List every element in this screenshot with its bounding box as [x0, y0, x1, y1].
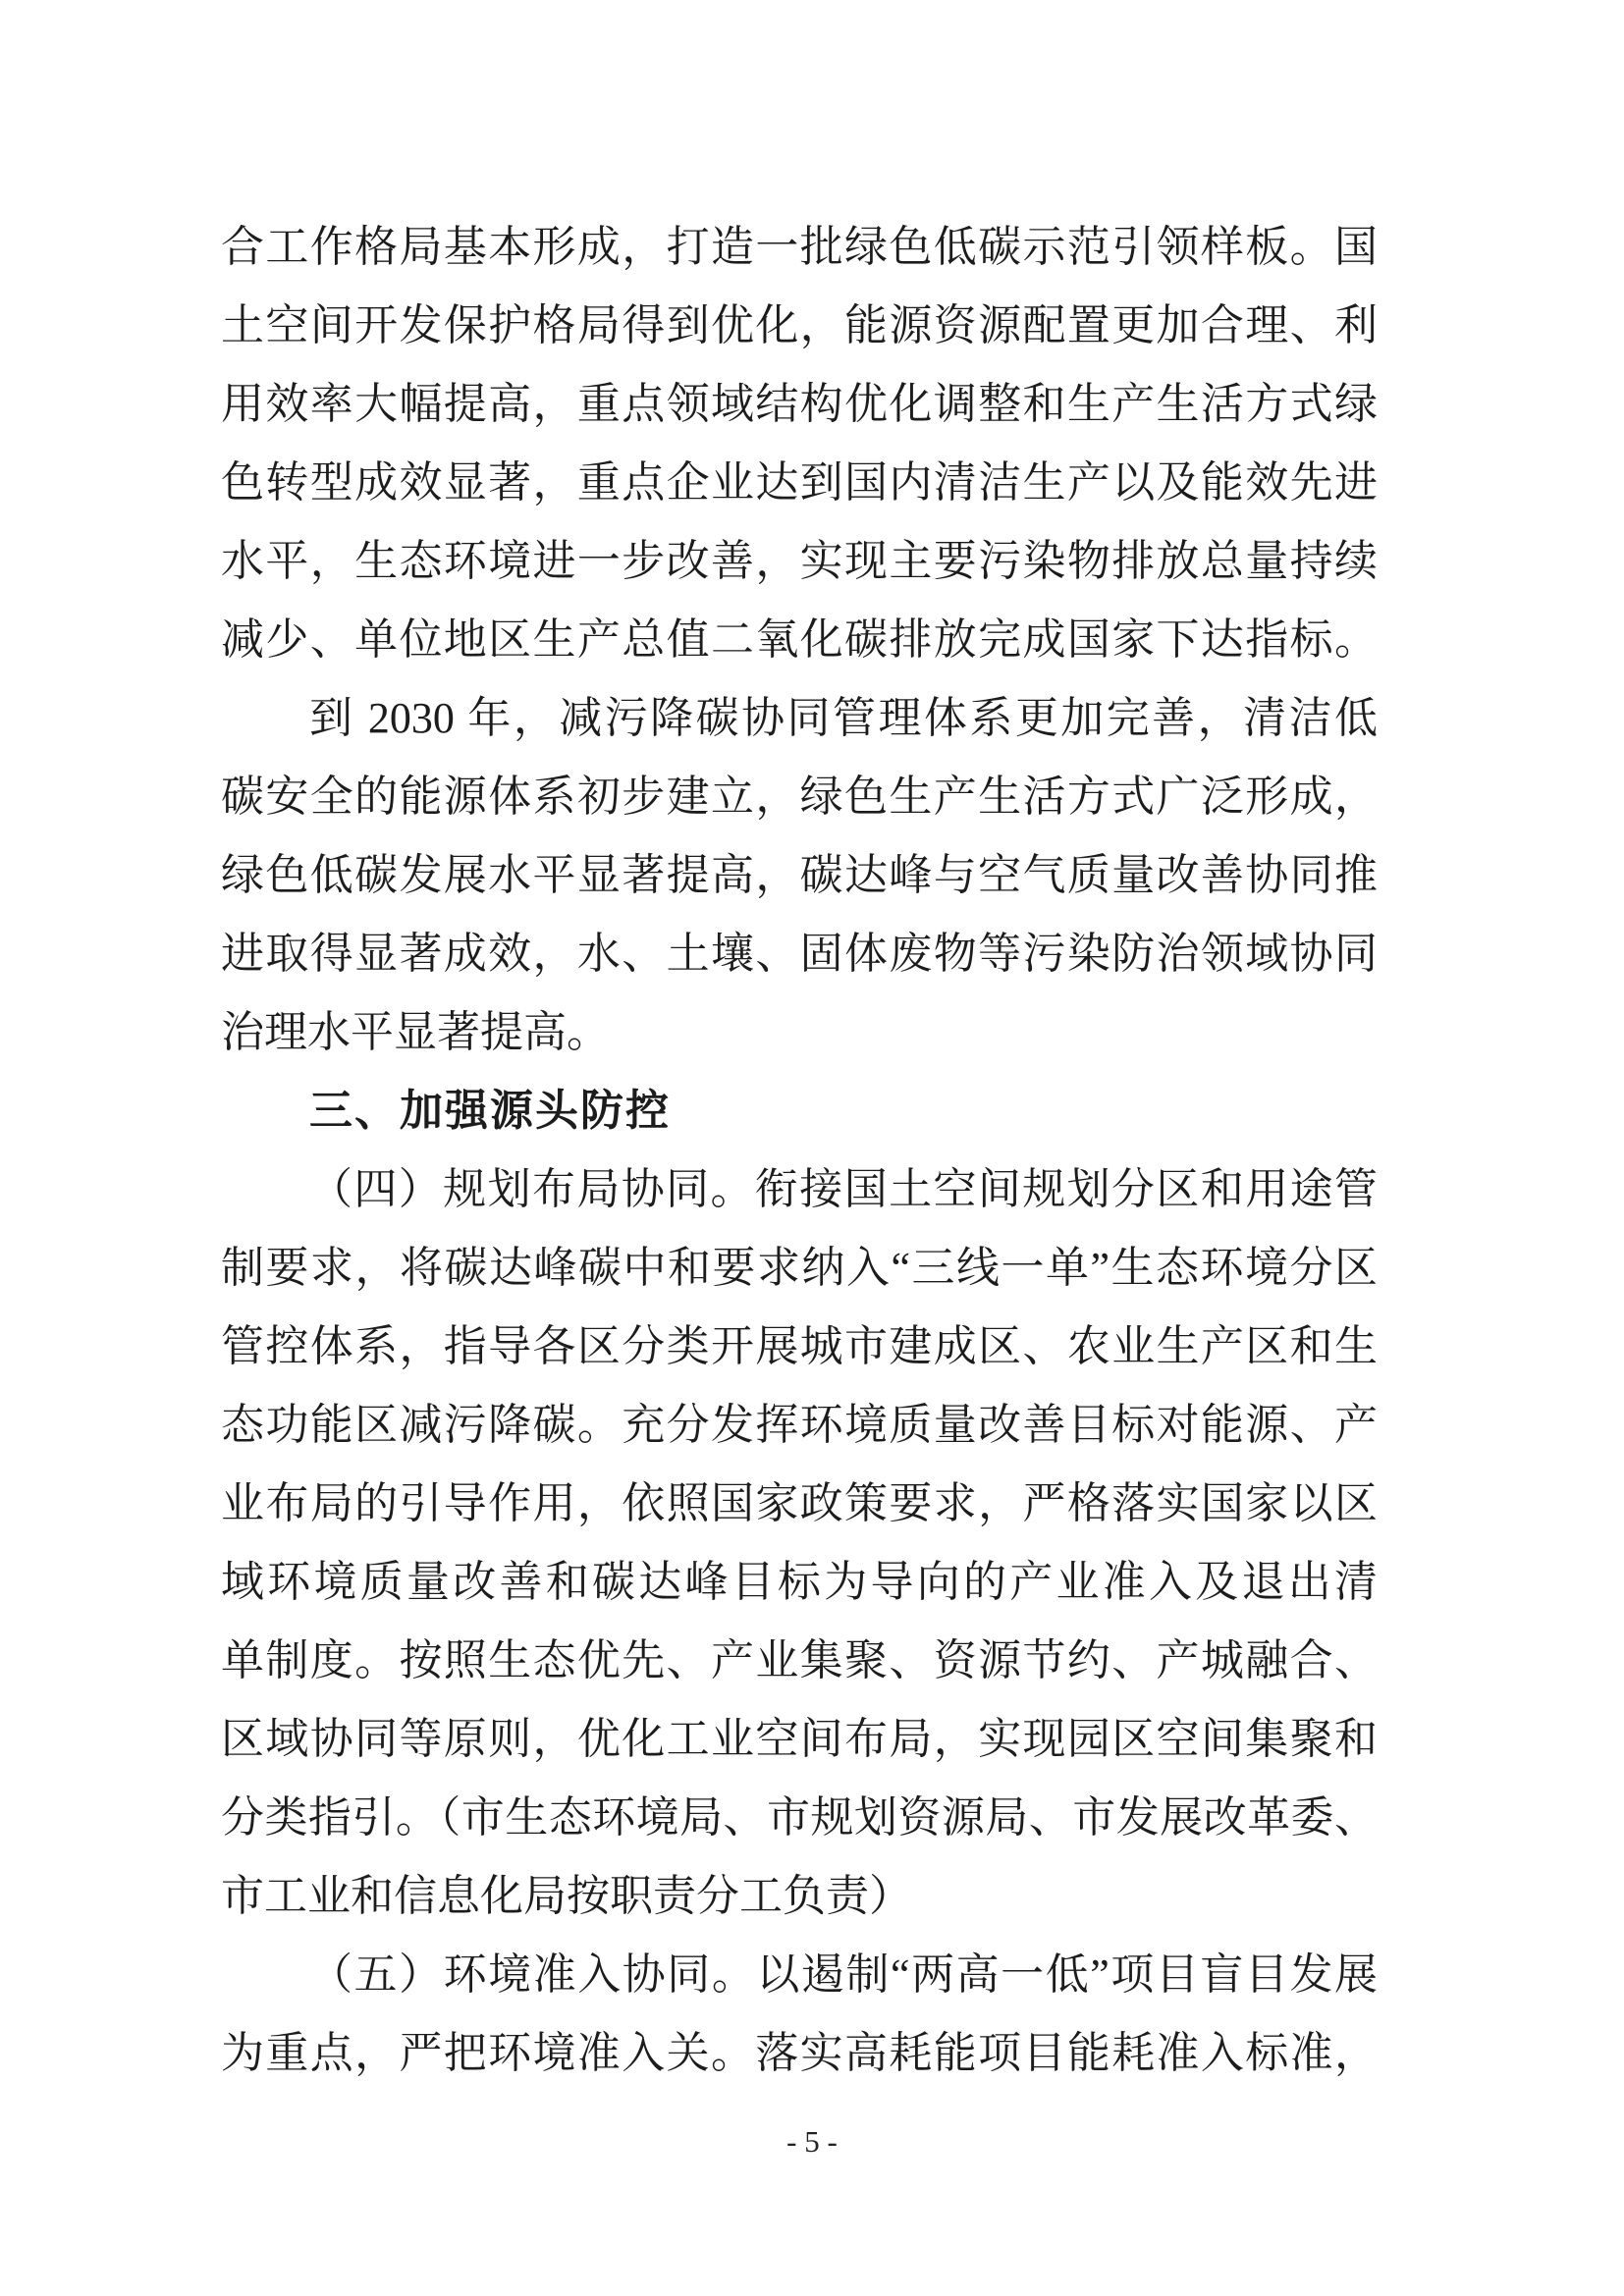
page-footer: - 5 -	[0, 2122, 1624, 2162]
body-text-line: 土空间开发保护格局得到优化，能源资源配置更加合理、利	[221, 287, 1378, 365]
body-text-line: 减少、单位地区生产总值二氧化碳排放完成国家下达指标。	[221, 601, 1378, 679]
body-text-line: 为重点，严把环境准入关。落实高耗能项目能耗准入标准，	[221, 2014, 1378, 2093]
paragraph-first-line: （五）环境准入协同。以遏制“两高一低”项目盲目发展	[221, 1936, 1378, 2014]
body-text-line: 碳安全的能源体系初步建立，绿色生产生活方式广泛形成，	[221, 758, 1378, 836]
section-heading: 三、加强源头防控	[221, 1072, 1378, 1150]
paragraph-last-line: 市工业和信息化局按职责分工负责）	[221, 1857, 1378, 1936]
body-text-line: 分类指引。（市生态环境局、市规划资源局、市发展改革委、	[221, 1779, 1378, 1857]
body-text-line: 区域协同等原则，优化工业空间布局，实现园区空间集聚和	[221, 1700, 1378, 1779]
body-text-line: 域环境质量改善和碳达峰目标为导向的产业准入及退出清	[221, 1543, 1378, 1622]
body-text-line: 色转型成效显著，重点企业达到国内清洁生产以及能效先进	[221, 444, 1378, 522]
body-text-line: 单制度。按照生态优先、产业集聚、资源节约、产城融合、	[221, 1622, 1378, 1700]
paragraph-first-line: （四）规划布局协同。衔接国土空间规划分区和用途管	[221, 1150, 1378, 1229]
page-number: - 5 -	[786, 2124, 838, 2159]
paragraph-last-line: 治理水平显著提高。	[221, 993, 1378, 1072]
body-text-line: 绿色低碳发展水平显著提高，碳达峰与空气质量改善协同推	[221, 836, 1378, 915]
body-text-line: 管控体系，指导各区分类开展城市建成区、农业生产区和生	[221, 1308, 1378, 1386]
paragraph-first-line: 到 2030 年，减污降碳协同管理体系更加完善，清洁低	[221, 679, 1378, 758]
body-text-line: 业布局的引导作用，依照国家政策要求，严格落实国家以区	[221, 1465, 1378, 1543]
body-text-line: 态功能区减污降碳。充分发挥环境质量改善目标对能源、产	[221, 1386, 1378, 1465]
body-text-line: 用效率大幅提高，重点领域结构优化调整和生产生活方式绿	[221, 365, 1378, 444]
document-page: 合工作格局基本形成，打造一批绿色低碳示范引领样板。国 土空间开发保护格局得到优化…	[0, 0, 1624, 2296]
body-text-line: 水平，生态环境进一步改善，实现主要污染物排放总量持续	[221, 522, 1378, 601]
body-text-line: 合工作格局基本形成，打造一批绿色低碳示范引领样板。国	[221, 208, 1378, 287]
body-text-line: 进取得显著成效，水、土壤、固体废物等污染防治领域协同	[221, 915, 1378, 993]
document-body: 合工作格局基本形成，打造一批绿色低碳示范引领样板。国 土空间开发保护格局得到优化…	[221, 208, 1378, 2093]
body-text-line: 制要求，将碳达峰碳中和要求纳入“三线一单”生态环境分区	[221, 1229, 1378, 1308]
